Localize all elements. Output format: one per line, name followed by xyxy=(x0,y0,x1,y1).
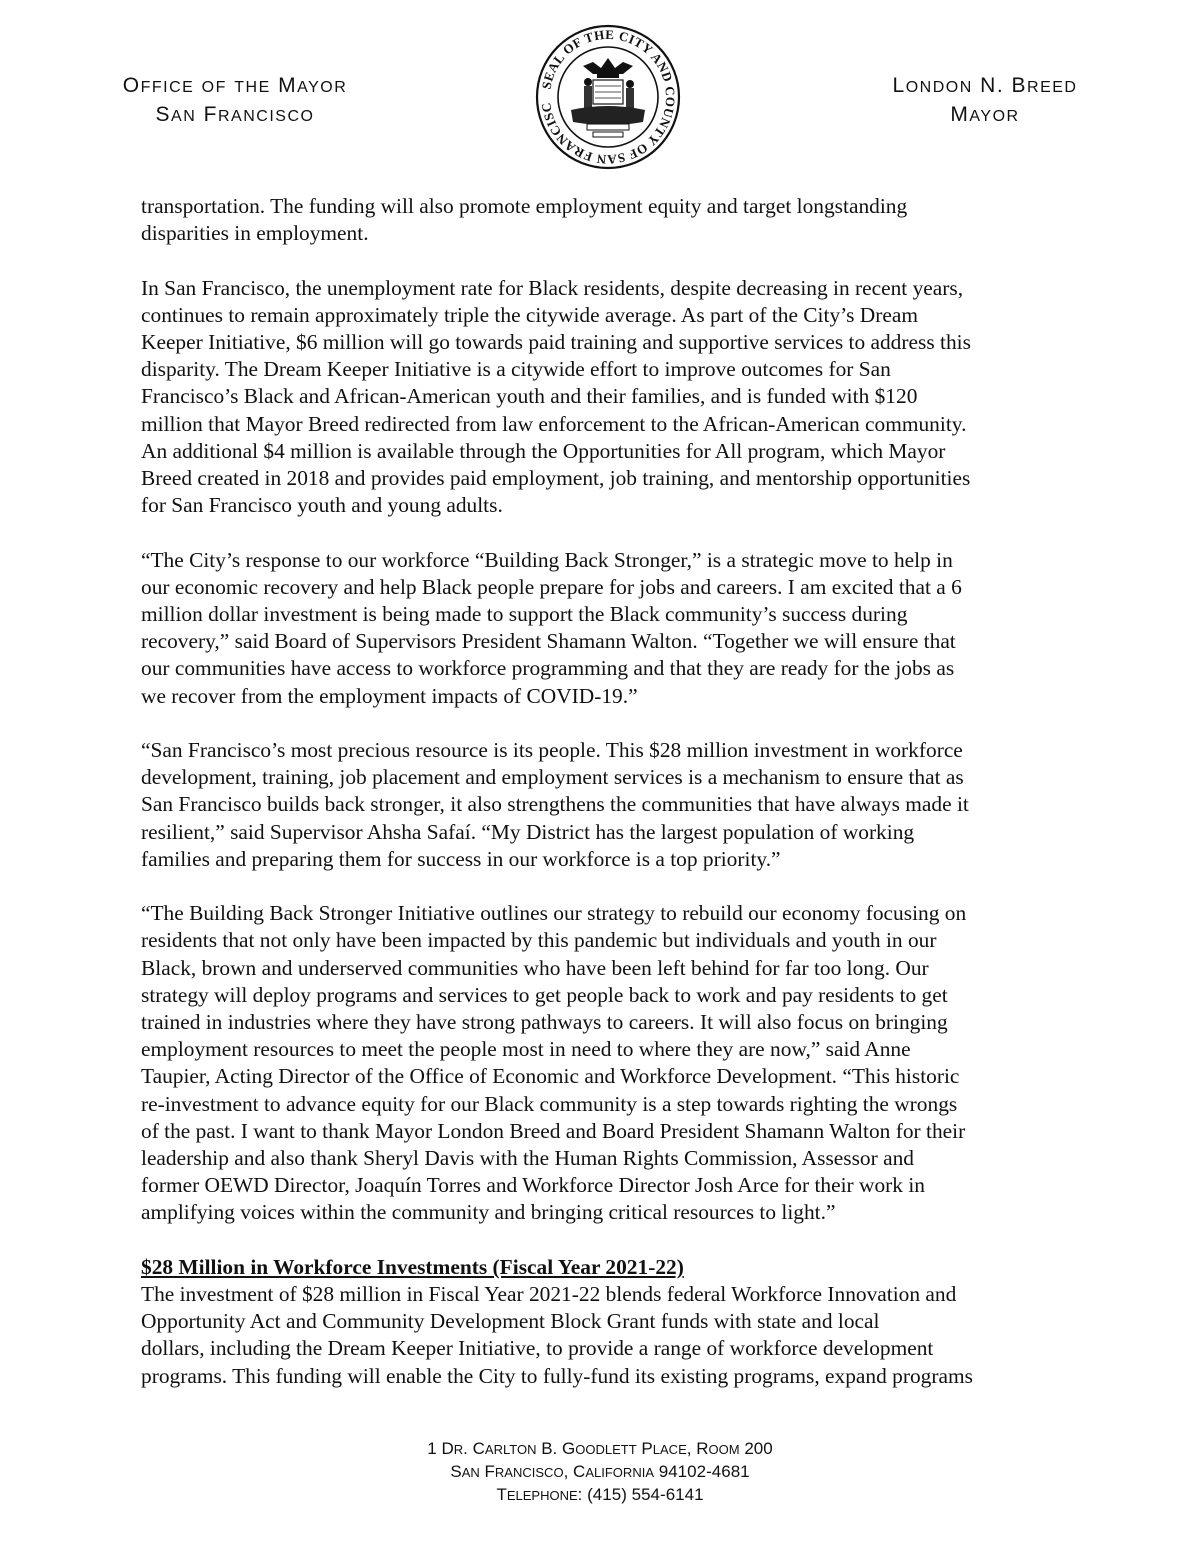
text-line: “San Francisco’s most precious resource … xyxy=(141,737,1071,764)
letterhead-office-city: SAN FRANCISCO xyxy=(100,101,370,130)
text-line: re-investment to advance equity for our … xyxy=(141,1091,1071,1118)
text-line: employment resources to meet the people … xyxy=(141,1036,1071,1063)
text-line: amplifying voices within the community a… xyxy=(141,1199,1071,1226)
letterhead-mayor-name: LONDON N. BREED xyxy=(870,72,1100,101)
text-line: strategy will deploy programs and servic… xyxy=(141,982,1071,1009)
paragraph-safai-quote: “San Francisco’s most precious resource … xyxy=(141,737,1071,873)
text-line: In San Francisco, the unemployment rate … xyxy=(141,275,1071,302)
text-line: The investment of $28 million in Fiscal … xyxy=(141,1281,1071,1308)
text-line: resilient,” said Supervisor Ahsha Safaí.… xyxy=(141,819,1071,846)
footer-address-line2: SAN FRANCISCO, CALIFORNIA 94102-4681 xyxy=(300,1461,900,1484)
text-line: leadership and also thank Sheryl Davis w… xyxy=(141,1145,1071,1172)
letterhead-mayor-title: MAYOR xyxy=(870,101,1100,130)
paragraph-walton-quote: “The City’s response to our workforce “B… xyxy=(141,547,1071,710)
paragraph-intro-continued: transportation. The funding will also pr… xyxy=(141,193,1071,247)
text-line: million that Mayor Breed redirected from… xyxy=(141,411,1071,438)
text-line: recovery,” said Board of Supervisors Pre… xyxy=(141,628,1071,655)
text-line: Black, brown and underserved communities… xyxy=(141,955,1071,982)
text-line: former OEWD Director, Joaquín Torres and… xyxy=(141,1172,1071,1199)
text-line: Breed created in 2018 and provides paid … xyxy=(141,465,1071,492)
text-line: Taupier, Acting Director of the Office o… xyxy=(141,1063,1071,1090)
text-line: our economic recovery and help Black peo… xyxy=(141,574,1071,601)
text-line: our communities have access to workforce… xyxy=(141,655,1071,682)
text-line: we recover from the employment impacts o… xyxy=(141,683,1071,710)
footer-telephone: TELEPHONE: (415) 554-6141 xyxy=(300,1484,900,1507)
text-line: of the past. I want to thank Mayor Londo… xyxy=(141,1118,1071,1145)
text-line: for San Francisco youth and young adults… xyxy=(141,492,1071,519)
text-line: “The Building Back Stronger Initiative o… xyxy=(141,900,1071,927)
footer-address-line1: 1 DR. CARLTON B. GOODLETT PLACE, ROOM 20… xyxy=(300,1438,900,1461)
text-line: transportation. The funding will also pr… xyxy=(141,193,1071,220)
section-heading: $28 Million in Workforce Investments (Fi… xyxy=(141,1254,1071,1281)
text-line: Keeper Initiative, $6 million will go to… xyxy=(141,329,1071,356)
text-line: trained in industries where they have st… xyxy=(141,1009,1071,1036)
paragraph-investment-details: The investment of $28 million in Fiscal … xyxy=(141,1281,1071,1390)
text-line: “The City’s response to our workforce “B… xyxy=(141,547,1071,574)
text-line: An additional $4 million is available th… xyxy=(141,438,1071,465)
text-line: residents that not only have been impact… xyxy=(141,927,1071,954)
text-line: disparity. The Dream Keeper Initiative i… xyxy=(141,356,1071,383)
text-line: million dollar investment is being made … xyxy=(141,601,1071,628)
text-line: Francisco’s Black and African-American y… xyxy=(141,383,1071,410)
letterhead-office: OFFICE OF THE MAYOR SAN FRANCISCO xyxy=(100,72,370,130)
letterhead-mayor: LONDON N. BREED MAYOR xyxy=(870,72,1100,130)
press-release-body: transportation. The funding will also pr… xyxy=(141,193,1071,1417)
letterhead-footer: 1 DR. CARLTON B. GOODLETT PLACE, ROOM 20… xyxy=(300,1438,900,1507)
text-line: programs. This funding will enable the C… xyxy=(141,1363,1071,1390)
text-line: dollars, including the Dream Keeper Init… xyxy=(141,1335,1071,1362)
paragraph-taupier-quote: “The Building Back Stronger Initiative o… xyxy=(141,900,1071,1226)
text-line: disparities in employment. xyxy=(141,220,1071,247)
text-line: families and preparing them for success … xyxy=(141,846,1071,873)
letterhead-office-title: OFFICE OF THE MAYOR xyxy=(100,72,370,101)
text-line: continues to remain approximately triple… xyxy=(141,302,1071,329)
text-line: development, training, job placement and… xyxy=(141,764,1071,791)
paragraph-dream-keeper: In San Francisco, the unemployment rate … xyxy=(141,275,1071,520)
city-seal-icon: SEAL OF THE CITY AND COUNTY OF SAN FRANC… xyxy=(535,24,681,170)
text-line: San Francisco builds back stronger, it a… xyxy=(141,791,1071,818)
text-line: Opportunity Act and Community Developmen… xyxy=(141,1308,1071,1335)
